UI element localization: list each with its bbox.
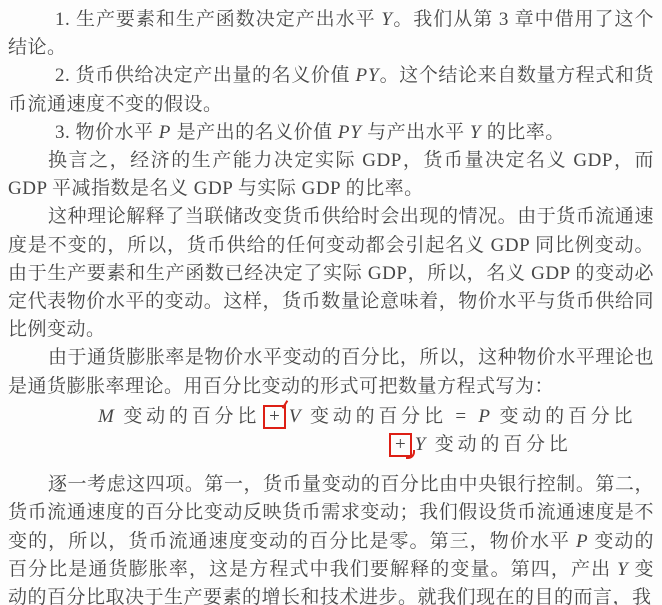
text-segment: 变动的百分比 =	[301, 406, 478, 427]
numbered-point-3: 3. 物价水平 P 是产出的名义价值 PY 与产出水平 Y 的比率。	[8, 119, 654, 147]
text-segment: 的比率。	[481, 122, 564, 143]
math-variable: M	[98, 406, 115, 427]
paragraph-inflation-theory: 由于通货膨胀率是物价水平变动的百分比，所以，这种物价水平理论也是通货膨胀率理论。…	[8, 344, 654, 400]
text-segment: 1. 生产要素和生产函数决定产出水平	[55, 9, 381, 30]
text-segment: 2. 货币供给决定产出量的名义价值	[55, 65, 355, 86]
plus-annotation-box: +	[389, 433, 412, 457]
math-variable: PY	[355, 65, 379, 86]
math-variable: P	[478, 406, 491, 427]
document-content: 1. 生产要素和生产函数决定产出水平 Y。我们从第 3 章中借用了这个结论。2.…	[8, 6, 654, 605]
quantity-equation-line-2: +Y 变动的百分比	[386, 431, 654, 459]
math-variable: Y	[617, 559, 629, 580]
quantity-equation-line-1: M 变动的百分比+V 变动的百分比 = P 变动的百分比	[98, 403, 654, 431]
numbered-point-2: 2. 货币供给决定产出量的名义价值 PY。这个结论来自数量方程式和货币流通速度不…	[8, 62, 654, 118]
text-segment: 逐一考虑这四项。第一，货币量变动的百分比由中央银行控制。第二，货币流通速度的百分…	[8, 474, 654, 551]
numbered-point-1: 1. 生产要素和生产函数决定产出水平 Y。我们从第 3 章中借用了这个结论。	[8, 6, 654, 62]
text-segment: 换言之，经济的生产能力决定实际 GDP，货币量决定名义 GDP，而 GDP 平减…	[8, 150, 654, 199]
text-segment: 变动的百分比	[115, 406, 260, 427]
plus-annotation-box: +	[263, 405, 286, 429]
text-segment: 变动的百分比	[491, 406, 636, 427]
math-variable: Y	[470, 122, 482, 143]
text-segment: 由于通货膨胀率是物价水平变动的百分比，所以，这种物价水平理论也是通货膨胀率理论。…	[8, 347, 654, 396]
paragraph-theory-explains: 这种理论解释了当联储改变货币供给时会出现的情况。由于货币流通速度是不变的，所以，…	[8, 203, 654, 344]
math-variable: P	[159, 122, 172, 143]
math-variable: Y	[415, 434, 427, 455]
text-segment: 这种理论解释了当联储改变货币供给时会出现的情况。由于货币流通速度是不变的，所以，…	[8, 206, 654, 340]
math-variable: P	[576, 531, 589, 552]
scanned-page: 1. 生产要素和生产函数决定产出水平 Y。我们从第 3 章中借用了这个结论。2.…	[0, 0, 662, 605]
math-variable: PY	[338, 122, 362, 143]
math-variable: V	[289, 406, 302, 427]
text-segment: 3. 物价水平	[55, 122, 159, 143]
paragraph-four-terms: 逐一考虑这四项。第一，货币量变动的百分比由中央银行控制。第二，货币流通速度的百分…	[8, 471, 654, 605]
text-segment: 变动的百分比	[426, 434, 571, 455]
math-variable: Y	[381, 9, 393, 30]
text-segment: 与产出水平	[362, 122, 470, 143]
text-segment: 是产出的名义价值	[171, 122, 338, 143]
paragraph-summary: 换言之，经济的生产能力决定实际 GDP，货币量决定名义 GDP，而 GDP 平减…	[8, 147, 654, 203]
